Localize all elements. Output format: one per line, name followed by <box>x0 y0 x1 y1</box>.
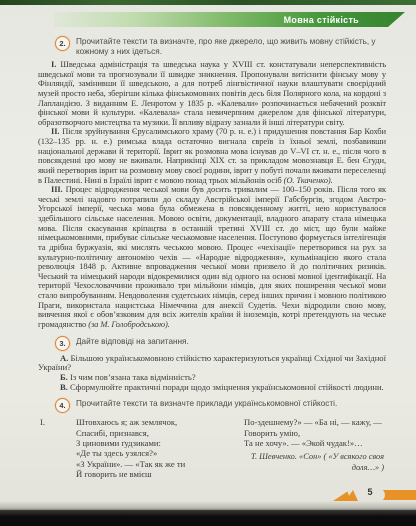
poem-excerpt: I. Штовхаюсь я; аж землячок, Спасибі, пр… <box>38 417 386 479</box>
poem-line: Штовхаюсь я; аж землячок, <box>76 417 244 427</box>
text-paragraph-2: II. Після зруйнування Єрусалимського хра… <box>38 127 386 185</box>
question-v-text: Сформулюйте практичні поради щодо зміцне… <box>70 382 384 392</box>
exercise-2-instruction: Прочитайте тексти та визначте, про яке д… <box>76 35 380 57</box>
question-a-label: А. <box>60 353 68 363</box>
poem-line: Спасибі, признався, <box>76 428 244 438</box>
poem-line: Та не хочу». — «Экой чудак!»… <box>244 438 386 448</box>
poem-line: З циновими ґудзиками: <box>76 438 244 448</box>
text-paragraph-1: I. Шведська адміністрація та шведська на… <box>38 60 386 127</box>
question-a-text: Більшою українськомовною стійкістю харак… <box>38 353 386 373</box>
poem-line: Й говорить не вмієш <box>76 469 244 479</box>
book-edge-bottom <box>0 510 416 526</box>
question-list: А. Більшою українськомовною стійкістю ха… <box>38 354 386 393</box>
paragraph-3-body: Процес відродження чеської мови був доси… <box>38 184 386 329</box>
paragraph-1-numeral: I. <box>51 59 56 69</box>
exercise-4-number-badge: 4. <box>55 398 70 413</box>
footer-bar-notch <box>375 489 385 501</box>
paragraph-1-body: Шведська адміністрація та шведська наука… <box>38 59 386 127</box>
paragraph-3-numeral: III. <box>51 184 63 194</box>
exercise-2-number-badge: 2. <box>55 36 70 51</box>
poem-left-column: Штовхаюсь я; аж землячок, Спасибі, призн… <box>76 417 244 479</box>
book-page-photo: Мовна стійкість 2. Прочитайте тексти та … <box>0 0 416 526</box>
paragraph-2-numeral: II. <box>51 126 59 136</box>
book-edge-top <box>0 0 416 5</box>
poem-line: «Де ты здесь узялся?» <box>76 448 244 458</box>
question-b-label: Б. <box>60 372 68 382</box>
poem-numeral: I. <box>40 417 56 479</box>
question-a: А. Більшою українськомовною стійкістю ха… <box>38 354 386 373</box>
reading-texts: I. Шведська адміністрація та шведська на… <box>38 60 386 330</box>
paragraph-2-attribution: (О. Ткаченко). <box>284 175 333 185</box>
chapter-title: Мовна стійкість <box>284 15 405 25</box>
exercise-3-number-badge: 3. <box>55 336 70 351</box>
text-paragraph-3: III. Процес відродження чеської мови був… <box>38 185 386 329</box>
footer-flame-icon <box>333 490 358 501</box>
exercise-3-header: 3. Дайте відповіді на запитання. <box>55 335 380 351</box>
question-v-label: В. <box>60 382 68 392</box>
poem-line: «З України». — «Так як же ти <box>76 459 244 469</box>
question-v: В. Сформулюйте практичні поради щодо змі… <box>38 383 386 393</box>
poem-attribution: Т. Шевченко. «Сон» ( «У всякого своя дол… <box>244 452 386 473</box>
exercise-2-header: 2. Прочитайте тексти та визначте, про як… <box>55 35 380 57</box>
page-content: 2. Прочитайте тексти та визначте, про як… <box>38 35 386 479</box>
poem-line: По-здешнему?» — «Ба ні, — кажу, — <box>244 417 386 427</box>
paragraph-3-attribution: (за М. Голобродською). <box>88 319 170 329</box>
exercise-3-instruction: Дайте відповіді на запитання. <box>76 335 189 347</box>
exercise-4-header: 4. Прочитайте тексти та визначте приклад… <box>55 397 380 413</box>
chapter-ribbon: Мовна стійкість <box>54 12 405 27</box>
exercise-4-instruction: Прочитайте тексти та визначте приклади у… <box>76 397 337 409</box>
footer-accent-bar <box>380 490 416 500</box>
poem-right-column: По-здешнему?» — «Ба ні, — кажу, — Говори… <box>244 417 386 479</box>
question-b-text: Із чим пов’язана така відмінність? <box>70 372 196 382</box>
paragraph-2-body: Після зруйнування Єрусалимського храму (… <box>38 126 386 184</box>
poem-line: Говорить умію, <box>244 428 386 438</box>
